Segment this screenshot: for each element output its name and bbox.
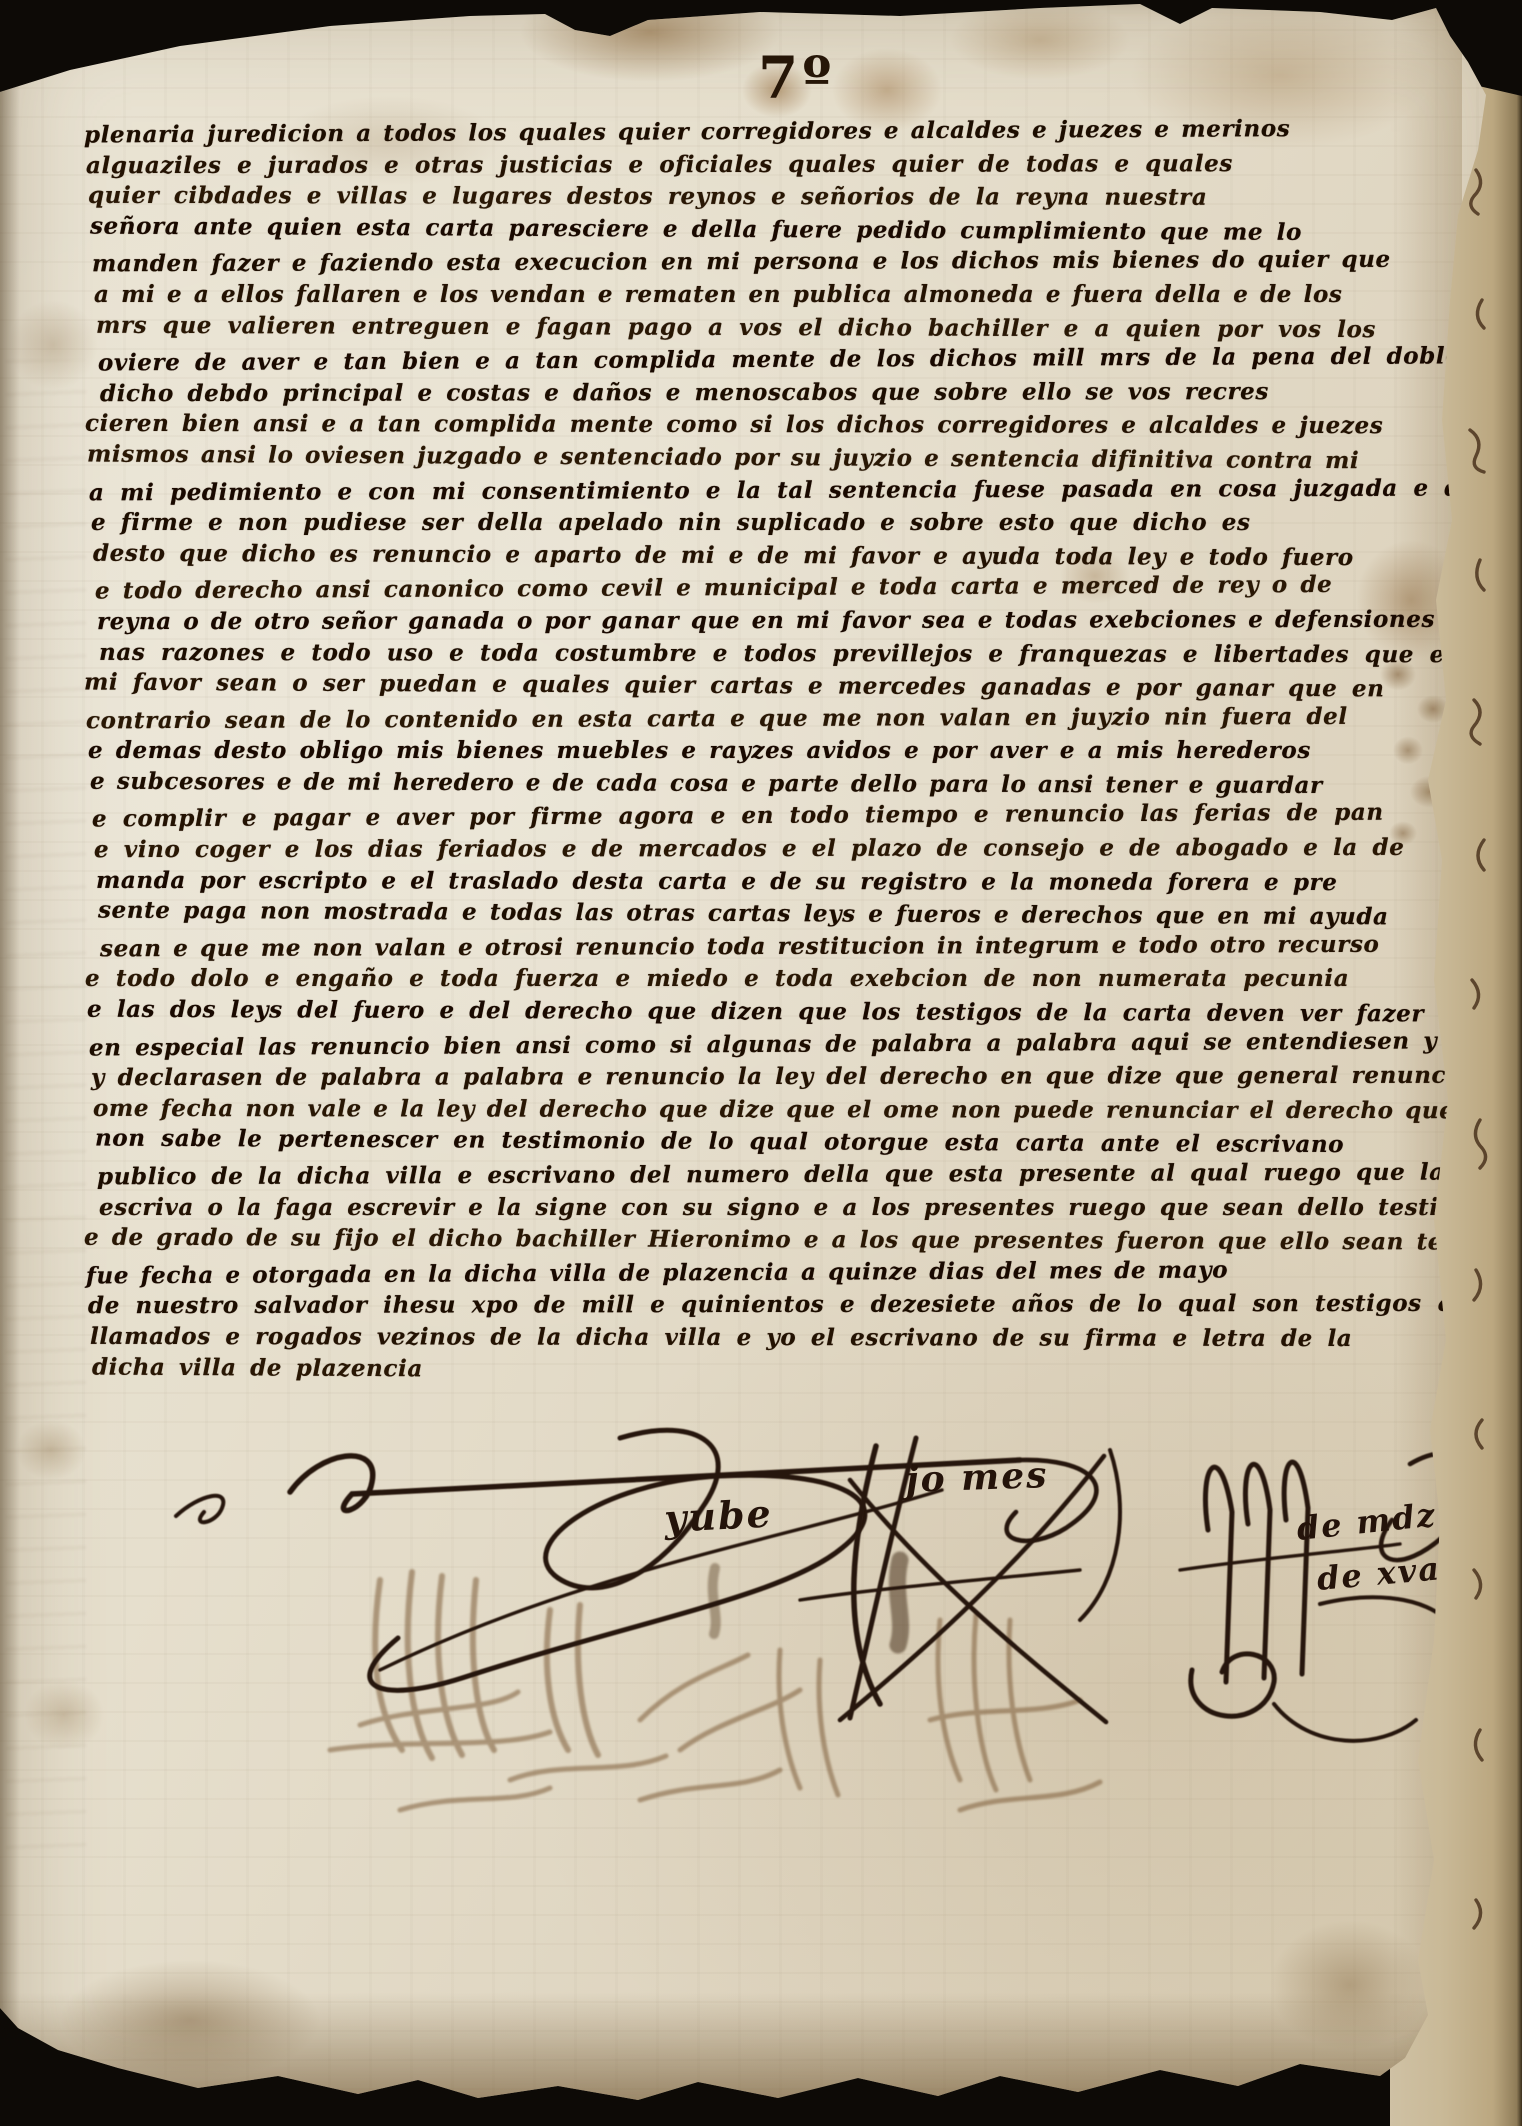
manuscript-line: llamados e rogados vezinos de la dicha v…: [90, 1323, 1408, 1358]
manuscript-line: manda por escripto e el traslado desta c…: [96, 867, 1414, 902]
manuscript-line: e vino coger e los dias feriados e de me…: [94, 834, 1412, 869]
manuscript-line: dicha villa de plazencia: [92, 1353, 1410, 1392]
manuscript-line: e las dos leys del fuero e del derecho q…: [87, 996, 1405, 1033]
stain: [60, 1960, 320, 2080]
manuscript-line: e firme e non pudiese ser della apelado …: [91, 509, 1409, 542]
manuscript-line: dicho debdo principal e costas e daños e…: [100, 378, 1418, 413]
manuscript-sheet: 7º plenaria juredicion a todos los quale…: [0, 0, 1522, 2126]
manuscript-line: e demas desto obligo mis bienes muebles …: [88, 737, 1406, 770]
manuscript-line: nas razones e todo uso e toda costumbre …: [99, 638, 1417, 673]
manuscript-line: e complir e pagar e aver por firme agora…: [92, 799, 1410, 838]
signature-left-letters: yube: [662, 1490, 774, 1541]
manuscript-line: reyna o de otro señor ganada o por ganar…: [97, 606, 1415, 641]
manuscript-line: plenaria juredicion a todos los quales q…: [84, 115, 1402, 154]
manuscript-line: escriva o la faga escrevir e la signe co…: [99, 1194, 1417, 1227]
signature-right-letters-bottom: de xval: [1315, 1548, 1456, 1598]
manuscript-line: publico de la dicha villa e escrivano de…: [97, 1159, 1415, 1196]
manuscript-line: fue fecha e otorgada en la dicha villa d…: [86, 1255, 1404, 1294]
manuscript-line: e de grado de su fijo el dicho bachiller…: [84, 1224, 1402, 1261]
bottom-edge-browning: [0, 1992, 1450, 2102]
manuscript-line: sean e que me non valan e otrosi renunci…: [100, 931, 1418, 968]
manuscript-line: quier cibdades e villas e lugares destos…: [88, 182, 1406, 217]
manuscript-line: a mi pedimiento e con mi consentimiento …: [89, 474, 1407, 511]
manuscript-line: e todo derecho ansi canonico como cevil …: [95, 571, 1413, 610]
stain: [950, 0, 1130, 80]
manuscript-line: cieren bien ansi e a tan complida mente …: [85, 410, 1403, 445]
manuscript-line: a mi e a ellos fallaren e los vendan e r…: [94, 281, 1412, 314]
manuscript-line: mi favor sean o ser puedan e quales quie…: [84, 669, 1402, 708]
manuscript-line: contrario sean de lo contenido en esta c…: [86, 702, 1404, 739]
folio-number: 7º: [758, 44, 835, 112]
manuscript-line: de nuestro salvador ihesu xpo de mill e …: [88, 1290, 1406, 1325]
manuscript-line: ome fecha non vale e la ley del derecho …: [93, 1095, 1411, 1130]
manuscript-line: mismos ansi lo oviesen juzgado e sentenc…: [87, 440, 1405, 479]
manuscript-line: y declarasen de palabra a palabra e renu…: [91, 1062, 1409, 1097]
gutter-shadow: [0, 80, 20, 2030]
signature-center-letters: jo mes: [899, 1454, 1049, 1501]
manuscript-line: alguaziles e jurados e otras justicias e…: [86, 149, 1404, 184]
manuscript-line: en especial las renuncio bien ansi como …: [89, 1027, 1407, 1066]
signature-right-letters-top: de mdz: [1295, 1496, 1438, 1548]
manuscript-line: manden fazer e faziendo esta execucion e…: [92, 246, 1410, 283]
manuscript-line: sente paga non mostrada e todas las otra…: [98, 897, 1416, 936]
manuscript-text: plenaria juredicion a todos los quales q…: [92, 118, 1410, 1389]
manuscript-line: e todo dolo e engaño e toda fuerza e mie…: [85, 965, 1403, 998]
manuscript-line: oviere de aver e tan bien e a tan compli…: [98, 343, 1416, 382]
photo-background: { "colors": { "background": "#0d0a06", "…: [0, 0, 1522, 2126]
signatures-block: yube jo mes de mdz: [80, 1420, 1460, 1850]
stain: [520, 0, 780, 82]
